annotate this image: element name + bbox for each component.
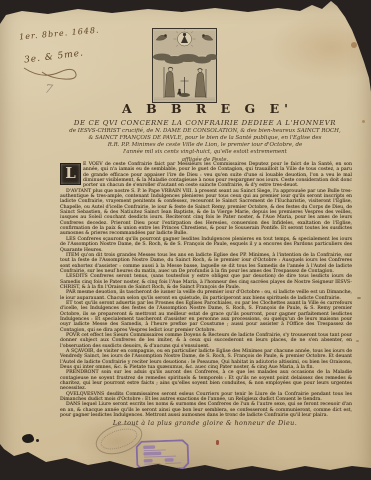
paragraph-voeu: LE VOEV de ceste Confrairie faict par Me…: [60, 162, 352, 189]
ink-blot: [22, 434, 34, 443]
paragraph-malades: PRENDRONT soin sur les aduis qu'ils auro…: [60, 370, 352, 391]
paragraph-messes: ITEM qu'on dit trois grandes Messes tous…: [60, 253, 352, 274]
subtitle-line-1: DE CE QVI CONCERNE LA CONFRAIRIE DEDIEE …: [52, 119, 358, 127]
devotional-engraving: [152, 28, 217, 103]
subtitle-line-2: de IESVS-CHRIST crucifié, de N. DAME DE …: [52, 128, 358, 134]
paragraph-commissaires: POVR cet effect les Sieurs Commissaires …: [60, 333, 352, 349]
scanned-archive-image: 1er. 8bre. 1648. 3e. & 5me. 7: [0, 0, 371, 480]
red-wax-mark: [216, 440, 219, 445]
woodcut-dropcap: L: [60, 163, 81, 185]
subtitle-line-3: & SAINCT FRANÇOIS DE PAVLE, pour le bien…: [52, 135, 358, 141]
ink-blot-satellite: [36, 439, 39, 442]
foxing-spot: [362, 120, 365, 123]
title-block: A B B R E G E' DE CE QVI CONCERNE LA CON…: [52, 101, 358, 163]
paragraph-noms: DANS lequel Liure seront escrits les nom…: [60, 402, 352, 418]
edge-speck: [356, 340, 359, 342]
edge-speck: [357, 297, 361, 299]
paper-sheet: 1er. 8bre. 1648. 3e. & 5me. 7: [0, 0, 371, 480]
paragraph-jeusne: PAR mesme deuotion, ils tascheront de iu…: [60, 290, 352, 301]
body-text: LE VOEV de ceste Confrairie faict par Me…: [60, 162, 352, 419]
foxing-spot: [351, 42, 357, 48]
purple-archive-stamp: [135, 439, 190, 472]
oval-stamp-inner-ring: [98, 425, 140, 454]
paragraph-indulgences: LES Confreres sçauront qu'ils pourront g…: [60, 237, 352, 253]
page-title: A B B R E G E': [57, 101, 358, 116]
paragraph-prosnes: ET tost qu'ils seront aduertis par les P…: [60, 301, 352, 333]
subtitle-line-5: l'année mil six cents vingt-huict, qu'el…: [52, 149, 358, 155]
paragraph-pater-noster: LESDITS Confreres seront tenus, (sans to…: [60, 274, 352, 290]
pencil-number-annotation: 7: [44, 82, 54, 97]
paragraph-visites: A SÇAVOIR, de visiter en compagnie, ou e…: [60, 349, 352, 370]
paragraph-bulle-urbain-viii: D'AVTANT plus que nostre S. P. le Pape V…: [60, 189, 352, 237]
subtitle-line-4: R.R. P.P. Minimes de ceste Ville de Lion…: [52, 142, 358, 148]
closing-devotion-line: Le tout à la plus grande gloire & honneu…: [52, 419, 358, 427]
paragraph-livre: QVELQVESVNS desdits Commissaires seront …: [60, 392, 352, 403]
foxing-spot: [344, 10, 347, 13]
handwritten-date-annotation: 1er. 8bre. 1648.: [19, 26, 100, 42]
